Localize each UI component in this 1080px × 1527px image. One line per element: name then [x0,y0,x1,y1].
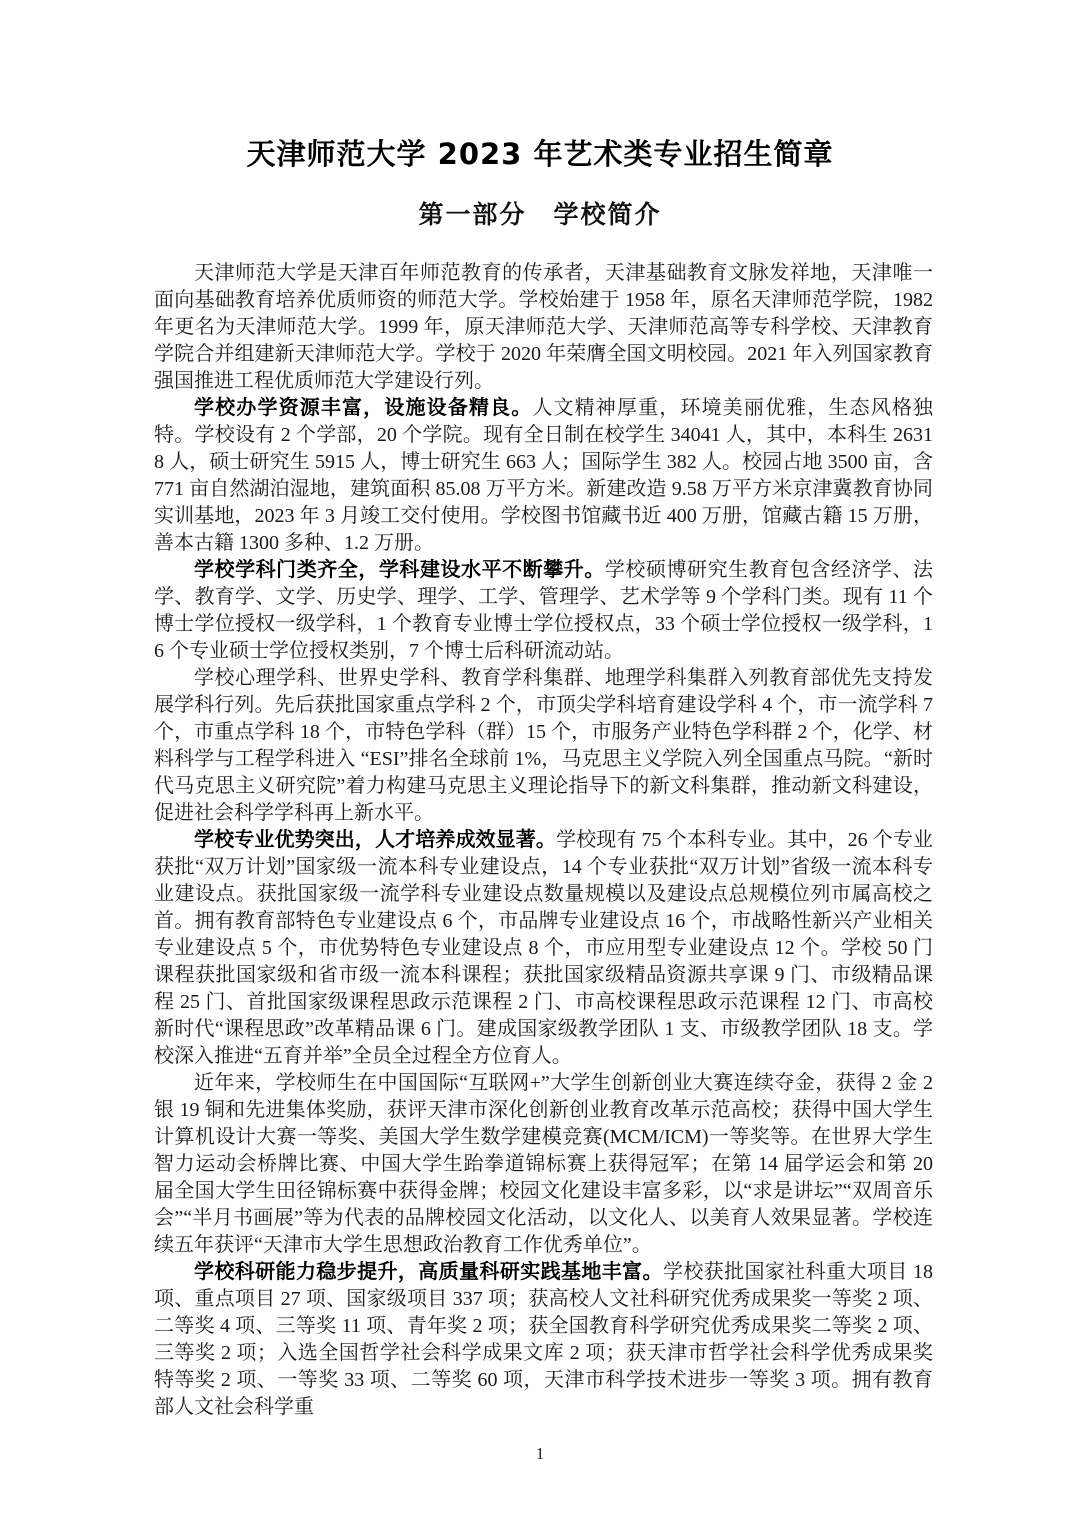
paragraph: 学校办学资源丰富，设施设备精良。人文精神厚重，环境美丽优雅，生态风格独特。学校设… [154,395,933,557]
paragraph-text: 天津师范大学是天津百年师范教育的传承者，天津基础教育文脉发祥地，天津唯一面向基础… [154,262,933,392]
paragraph-text: 学校现有 75 个本科专业。其中，26 个专业获批“双万计划”国家级一流本科专业… [154,829,933,1067]
paragraph: 学校心理学科、世界史学科、教育学科集群、地理学科集群入列教育部优先支持发展学科行… [154,665,933,827]
paragraph: 学校科研能力稳步提升，高质量科研实践基地丰富。学校获批国家社科重大项目 18 项… [154,1259,933,1421]
document-body: 天津师范大学是天津百年师范教育的传承者，天津基础教育文脉发祥地，天津唯一面向基础… [154,260,933,1421]
paragraph: 学校专业优势突出，人才培养成效显著。学校现有 75 个本科专业。其中，26 个专… [154,827,933,1070]
paragraph-text: 人文精神厚重，环境美丽优雅，生态风格独特。学校设有 2 个学部，20 个学院。现… [154,397,933,554]
paragraph: 天津师范大学是天津百年师范教育的传承者，天津基础教育文脉发祥地，天津唯一面向基础… [154,260,933,395]
section-heading: 第一部分 学校简介 [0,200,1080,232]
document-page: 天津师范大学 2023 年艺术类专业招生简章 第一部分 学校简介 天津师范大学是… [0,0,1080,1527]
paragraph-text: 学校获批国家社科重大项目 18 项、重点项目 27 项、国家级项目 337 项；… [154,1261,933,1418]
paragraph-bold-lead: 学校办学资源丰富，设施设备精良。 [194,397,532,419]
paragraph-bold-lead: 学校科研能力稳步提升，高质量科研实践基地丰富。 [194,1261,663,1283]
paragraph-text: 近年来，学校师生在中国国际“互联网+”大学生创新创业大赛连续夺金，获得 2 金 … [154,1072,933,1256]
paragraph-text: 学校心理学科、世界史学科、教育学科集群、地理学科集群入列教育部优先支持发展学科行… [154,667,933,824]
page-number: 1 [0,1443,1080,1465]
paragraph-bold-lead: 学校专业优势突出，人才培养成效显著。 [194,829,556,851]
paragraph-bold-lead: 学校学科门类齐全，学科建设水平不断攀升。 [194,559,605,581]
document-title: 天津师范大学 2023 年艺术类专业招生简章 [0,0,1080,172]
paragraph: 近年来，学校师生在中国国际“互联网+”大学生创新创业大赛连续夺金，获得 2 金 … [154,1070,933,1259]
paragraph: 学校学科门类齐全，学科建设水平不断攀升。学校硕博研究生教育包含经济学、法学、教育… [154,557,933,665]
